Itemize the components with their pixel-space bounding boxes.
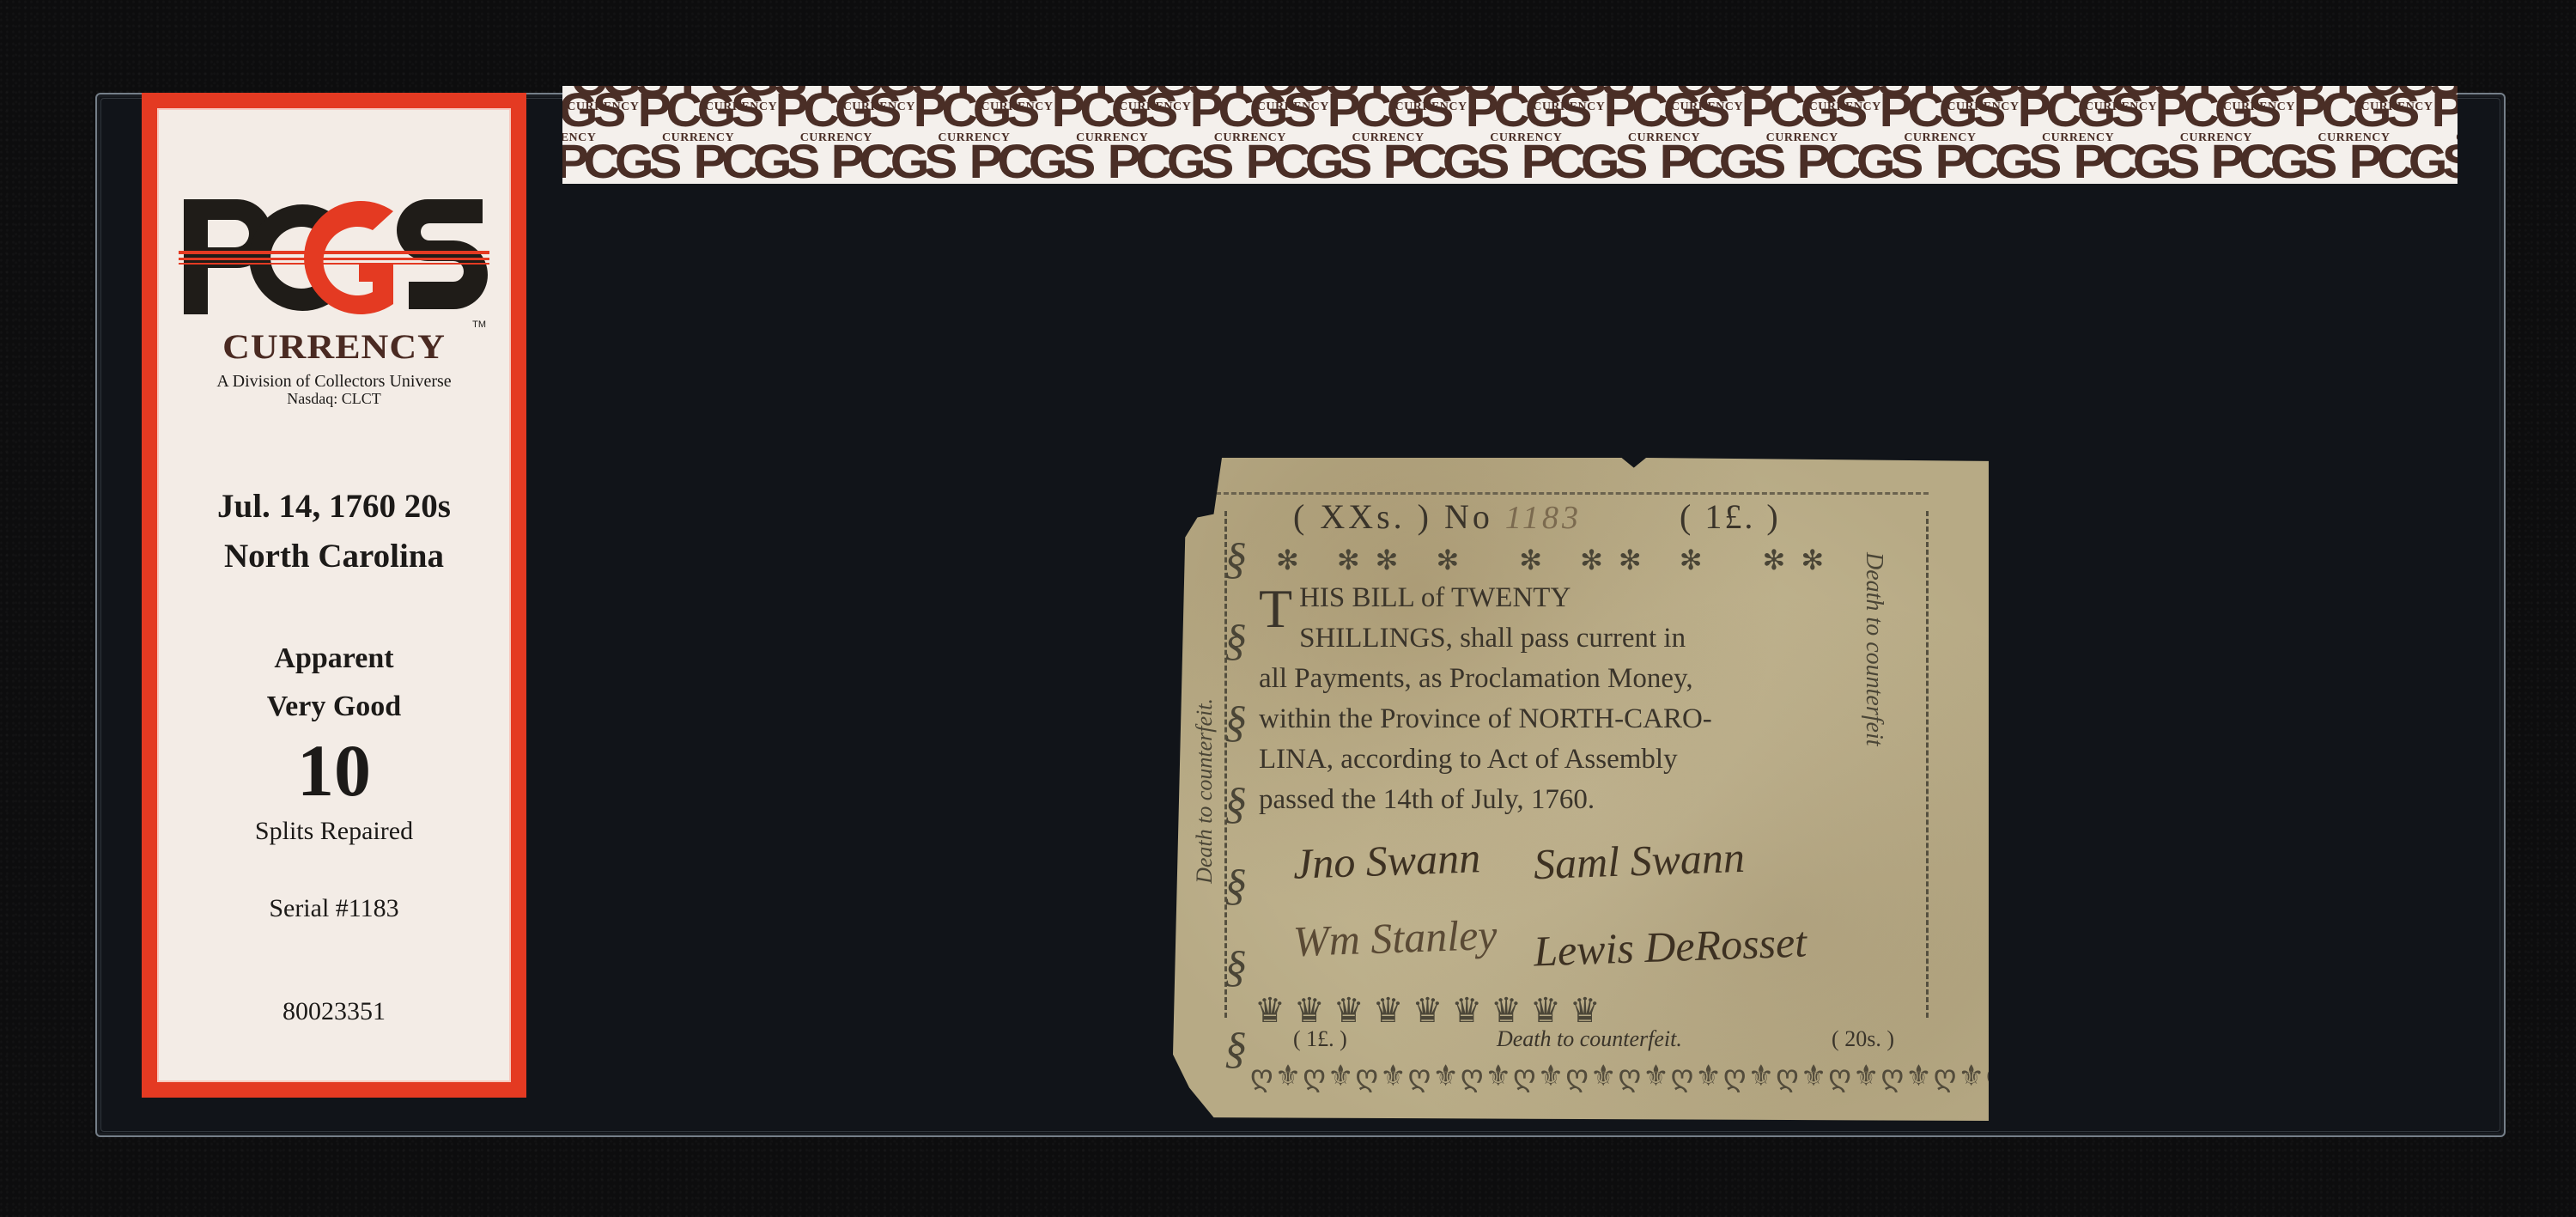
- signature: Wm Stanley: [1292, 910, 1498, 966]
- grade-comment: Splits Repaired: [255, 817, 413, 846]
- note-bottom-line: ( 1£. ) Death to counterfeit. ( 20s. ): [1293, 1026, 1894, 1052]
- note-warning: Death to counterfeit.: [1497, 1026, 1682, 1052]
- note-star-ornaments: ✻ ✻✻ ✻ ✻ ✻✻ ✻ ✻✻: [1276, 544, 1839, 576]
- brand-subtitle: CURRENCY: [222, 330, 446, 364]
- banner-brand-mark: PCGSCURRENCY: [834, 139, 950, 184]
- note-value-roman: ( XXs. ) No: [1293, 497, 1493, 536]
- grade-name: Very Good: [267, 683, 401, 731]
- serial-number: Serial #1183: [269, 894, 398, 923]
- banner-row: PCGSCURRENCYPCGSCURRENCYPCGSCURRENCYPCGS…: [562, 139, 2458, 184]
- note-bottom-border-ornament: ღ⚜ღ⚜ღ⚜ღ⚜ღ⚜ღ⚜ღ⚜ღ⚜ღ⚜ღ⚜ღ⚜ღ⚜ღ⚜ღ⚜ღ⚜ღ: [1250, 1059, 2063, 1093]
- note-top-rule: [1216, 492, 1929, 495]
- note-side-warning-right: Death to counterfeit: [1860, 552, 1887, 746]
- grading-label: TM CURRENCY A Division of Collectors Uni…: [142, 93, 526, 1098]
- note-bottom-right-value: ( 20s. ): [1832, 1026, 1894, 1052]
- certification-number: 80023351: [283, 997, 386, 1026]
- note-value-pound: ( 1£. ): [1680, 496, 1781, 537]
- note-line: LINA, according to Act of Assembly: [1259, 739, 1851, 780]
- note-line: SHILLINGS, shall pass current in: [1259, 618, 1851, 659]
- note-description: Jul. 14, 1760 20s North Carolina: [217, 482, 451, 581]
- note-drop-cap: T: [1259, 583, 1292, 635]
- date-denomination: Jul. 14, 1760 20s: [217, 482, 451, 532]
- division-text: A Division of Collectors Universe: [216, 373, 451, 391]
- banknote: §§§§§§§ ( XXs. ) No 1183 ( 1£. ) ✻ ✻✻ ✻ …: [1173, 458, 1989, 1121]
- exchange-text: Nasdaq: CLCT: [287, 391, 381, 408]
- banner-brand-mark: PCGSCURRENCY: [1249, 139, 1364, 184]
- banner-brand-mark: PCGSCURRENCY: [1110, 139, 1226, 184]
- pcgs-logo-icon: [177, 186, 491, 323]
- banner-brand-mark: PCGSCURRENCY: [562, 139, 674, 184]
- signature: Jno Swann: [1292, 832, 1481, 889]
- label-card: TM CURRENCY A Division of Collectors Uni…: [157, 108, 511, 1082]
- note-serial-handwritten: 1183: [1505, 500, 1582, 536]
- security-banner-strip: PCGSCURRENCYPCGSCURRENCYPCGSCURRENCYPCGS…: [562, 86, 2458, 184]
- banner-brand-mark: PCGSCURRENCY: [1524, 139, 1640, 184]
- banner-brand-mark: PCGSCURRENCY: [696, 139, 812, 184]
- banner-brand-mark: PCGSCURRENCY: [2076, 139, 2192, 184]
- banner-brand-mark: PCGSCURRENCY: [1386, 139, 1502, 184]
- banner-brand-mark: PCGSCURRENCY: [1800, 139, 1916, 184]
- note-line: HIS BILL of TWENTY: [1259, 578, 1851, 618]
- banner-brand-mark: PCGSCURRENCY: [972, 139, 1088, 184]
- banner-brand-mark: PCGSCURRENCY: [1938, 139, 2054, 184]
- note-side-warning-left: Death to counterfeit.: [1192, 698, 1218, 884]
- note-line: passed the 14th of July, 1760.: [1259, 780, 1851, 820]
- note-line: within the Province of NORTH-CARO-: [1259, 699, 1851, 739]
- grade-description: Apparent Very Good: [267, 635, 401, 731]
- crown-ornament-row: ♛♛♛♛♛♛♛♛♛: [1255, 990, 1609, 1031]
- grade-qualifier: Apparent: [267, 635, 401, 683]
- note-flourish-column: §§§§§§§: [1224, 518, 1247, 1089]
- grade-number: 10: [297, 734, 371, 806]
- note-body-text: T HIS BILL of TWENTY SHILLINGS, shall pa…: [1259, 578, 1851, 820]
- banner-brand-mark: PCGSCURRENCY: [2214, 139, 2330, 184]
- note-line: all Payments, as Proclamation Money,: [1259, 659, 1851, 699]
- pcgs-logo: TM: [177, 186, 491, 323]
- note-top-left: ( XXs. ) No 1183: [1293, 496, 1582, 537]
- banner-brand-mark: PCGSCURRENCY: [1662, 139, 1778, 184]
- signature: Lewis DeRosset: [1533, 916, 1807, 976]
- trademark-mark: TM: [472, 319, 486, 330]
- banner-brand-mark: PCGSCURRENCY: [2352, 139, 2458, 184]
- signature: Saml Swann: [1533, 832, 1746, 890]
- state-name: North Carolina: [217, 532, 451, 581]
- note-bottom-left-value: ( 1£. ): [1293, 1026, 1347, 1052]
